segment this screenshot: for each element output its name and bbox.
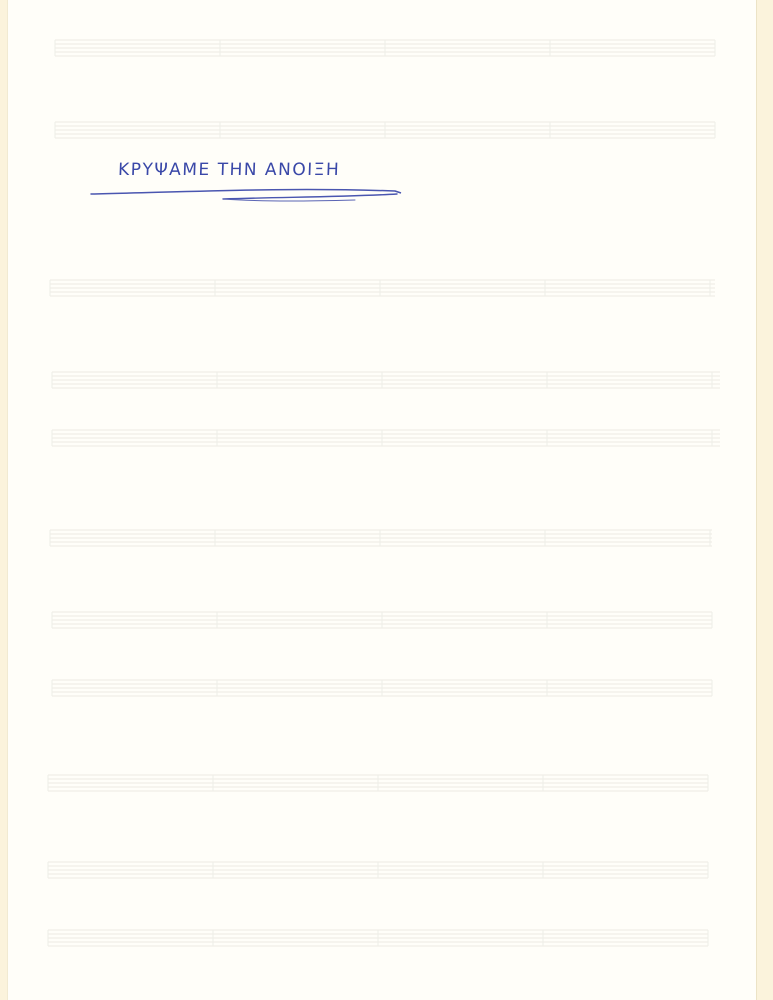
scan-right-margin	[756, 0, 773, 1000]
manuscript-page	[8, 0, 756, 1000]
page-title: ΚΡΥΨΑΜΕ ΤΗΝ ΑΝΟΙΞΗ	[118, 160, 341, 180]
